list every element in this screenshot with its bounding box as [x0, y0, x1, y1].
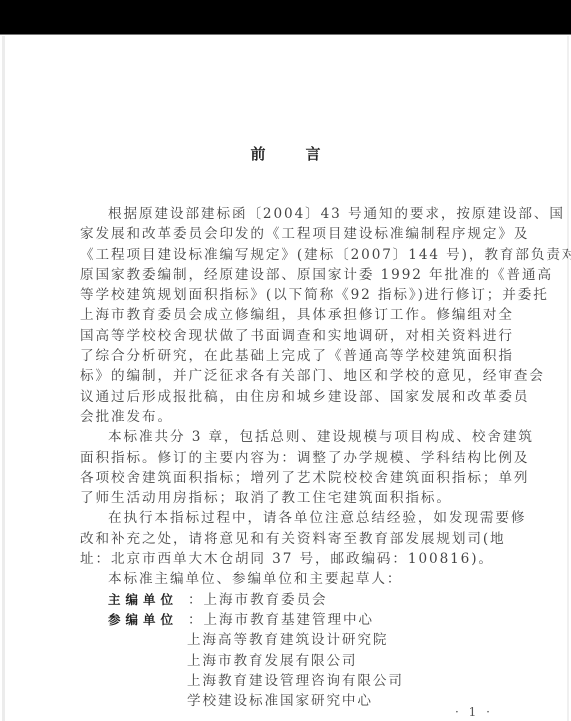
chief-editor-label: 主编单位 — [108, 590, 188, 610]
text-line: 了综合分析研究，在此基础上完成了《普通高等学校建筑面积指 — [80, 346, 491, 366]
co-editor-item: 上海高等教育建筑设计研究院 — [80, 630, 491, 650]
text-line: 等学校建筑规划面积指标》(以下简称《92 指标》)进行修订；并委托 — [80, 285, 491, 305]
text-line: 址：北京市西单大木仓胡同 37 号，邮政编码：100816)。 — [80, 549, 491, 569]
chief-editor-colon: ： — [188, 590, 204, 610]
text-line: 标》的编制，并广泛征求各有关部门、地区和学校的意见，经审查会 — [80, 366, 491, 386]
title-char-right: 言 — [306, 143, 321, 164]
top-black-bar — [0, 0, 571, 35]
text-line: 家发展和改革委员会印发的《工程项目建设标准编制程序规定》及 — [80, 224, 491, 244]
text-line: 上海市教育委员会成立修编组，具体承担修订工作。修编组对全 — [80, 305, 491, 325]
page-right-edge — [567, 36, 569, 721]
text-line: 各项校舍建筑面积指标；增列了艺术院校校舍建筑面积指标；单列 — [80, 468, 491, 488]
text-line: 本标准共分 3 章，包括总则、建设规模与项目构成、校舍建筑 — [80, 427, 491, 447]
text-line: 本标准主编单位、参编单位和主要起草人： — [80, 569, 491, 589]
co-editor-colon: ： — [188, 610, 204, 630]
page-number: · 1 · — [455, 705, 493, 719]
text-line: 原国家教委编制，经原建设部、原国家计委 1992 年批准的《普通高 — [80, 265, 491, 285]
co-editor-item: 上海市教育发展有限公司 — [80, 651, 491, 671]
page-title: 前言 — [0, 143, 571, 164]
co-editor-item: 学校建设标准国家研究中心 — [80, 691, 491, 711]
co-editor-item: 上海教育建设管理咨询有限公司 — [80, 671, 491, 691]
text-line: 面积指标。修订的主要内容为：调整了办学规模、学科结构比例及 — [80, 448, 491, 468]
text-line: 了师生活动用房指标；取消了教工住宅建筑面积指标。 — [80, 488, 491, 508]
title-char-left: 前 — [250, 143, 265, 164]
text-line: 《工程项目建设标准编写规定》(建标〔2007〕144 号)，教育部负责对 — [80, 245, 491, 265]
chief-editor-value: 上海市教育委员会 — [204, 590, 328, 610]
text-line: 在执行本指标过程中，请各单位注意总结经验，如发现需要修 — [80, 508, 491, 528]
text-line: 国高等学校校舍现状做了书面调查和实地调研，对相关资料进行 — [80, 326, 491, 346]
paragraph-4: 本标准主编单位、参编单位和主要起草人： — [80, 569, 491, 589]
page-left-edge — [2, 36, 5, 721]
co-editor-value: 上海市教育基建管理中心 — [204, 610, 374, 630]
paragraph-2: 本标准共分 3 章，包括总则、建设规模与项目构成、校舍建筑 面积指标。修订的主要… — [80, 427, 491, 508]
paragraph-3: 在执行本指标过程中，请各单位注意总结经验，如发现需要修 改和补充之处，请将意见和… — [80, 508, 491, 569]
chief-editor-row: 主编单位：上海市教育委员会 — [80, 590, 491, 610]
co-editor-row: 参编单位：上海市教育基建管理中心 — [80, 610, 491, 630]
preface-body: 根据原建设部建标函〔2004〕43 号通知的要求，按原建设部、国 家发展和改革委… — [80, 204, 491, 711]
text-line: 会批准发布。 — [80, 407, 491, 427]
text-line: 议通过后形成报批稿，由住房和城乡建设部、国家发展和改革委员 — [80, 387, 491, 407]
paragraph-1: 根据原建设部建标函〔2004〕43 号通知的要求，按原建设部、国 家发展和改革委… — [80, 204, 491, 427]
co-editor-label: 参编单位 — [108, 610, 188, 630]
text-line: 根据原建设部建标函〔2004〕43 号通知的要求，按原建设部、国 — [80, 204, 491, 224]
text-line: 改和补充之处，请将意见和有关资料寄至教育部发展规划司(地 — [80, 529, 491, 549]
